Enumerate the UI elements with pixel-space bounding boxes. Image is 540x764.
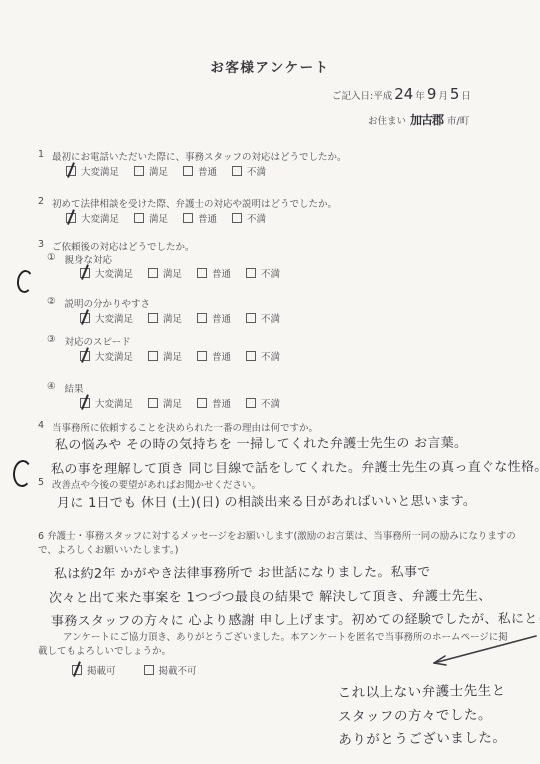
question-4-answer-line-1: 私の悩みや その時の気持ちを 一掃してくれた弁護士先生の お言葉。	[55, 432, 467, 453]
option-label: 不満	[247, 211, 266, 225]
option-q3c-dissatisfied: 不満	[246, 349, 280, 363]
item-3-label: 対応のスピード	[65, 334, 131, 348]
item-2-label: 説明の分かりやすさ	[65, 296, 151, 310]
option-q3d-dissatisfied: 不満	[246, 396, 280, 410]
option-label: 普通	[198, 164, 217, 178]
check-mark-icon	[81, 264, 88, 279]
item-4-number: ④	[47, 381, 56, 395]
scanned-survey-page: お客様アンケート ご記入日:平成 24 年 9 月 5 日 お住まい 加古郡 市…	[0, 0, 540, 764]
scan-artifact-crescent-icon	[16, 269, 34, 294]
check-mark-icon	[73, 661, 80, 676]
question-4: 4 当事務所に依頼することを決められた一番の理由は何ですか。	[38, 420, 318, 434]
question-6: 6 弁護士・事務スタッフに対するメッセージをお願いします(激励のお言葉は、当事務…	[38, 530, 522, 557]
date-year-handwritten: 24	[394, 85, 413, 103]
closing-note: アンケートにご協力頂き、ありがとうございました。本アンケートを匿名で当事務所のホ…	[38, 631, 516, 658]
question-5-number: 5	[38, 477, 44, 491]
checkbox-empty-icon	[183, 166, 193, 176]
question-3-item-1: ① 親身な対応	[47, 252, 112, 266]
checkbox-empty-icon	[197, 351, 207, 361]
question-4-text: 当事務所に依頼することを決められた一番の理由は何ですか。	[52, 420, 318, 434]
item-4-label: 結果	[65, 381, 84, 395]
note-line-1: これ以上ない弁護士先生と	[338, 680, 506, 706]
checkbox-empty-icon	[246, 268, 256, 278]
date-month-unit: 月	[438, 88, 448, 102]
checkbox-checked-icon	[72, 665, 82, 675]
question-3-text: ご依頼後の対応はどうでしたか。	[52, 239, 195, 253]
checkbox-empty-icon	[232, 166, 242, 176]
option-label: 満足	[163, 396, 182, 410]
option-label: 不満	[261, 349, 280, 363]
checkbox-empty-icon	[183, 213, 193, 223]
question-3-item-3-options: 大変満足 満足 普通 不満	[80, 349, 280, 363]
option-q3d-satisfied: 満足	[148, 396, 182, 410]
option-q1-normal: 普通	[183, 164, 217, 178]
question-1: 1 最初にお電話いただいた際に、事務スタッフの対応はどうでしたか。	[38, 149, 347, 163]
option-q1-dissatisfied: 不満	[232, 164, 266, 178]
question-1-options: 大変満足 満足 普通 不満	[66, 164, 266, 178]
option-label: 大変満足	[95, 349, 133, 363]
date-month-handwritten: 9	[427, 85, 437, 103]
option-label: 普通	[212, 396, 231, 410]
question-4-number: 4	[38, 420, 44, 434]
checkbox-checked-icon	[80, 313, 90, 323]
question-5-answer-line-1: 月に 1日でも 休日 (土)(日) の相談出来る日があればいいと思います。	[57, 490, 476, 511]
checkbox-empty-icon	[148, 398, 158, 408]
option-q3c-normal: 普通	[197, 349, 231, 363]
option-publish-ok: 掲載可	[72, 663, 116, 677]
publish-options: 掲載可 掲載不可	[72, 663, 197, 677]
option-label: 満足	[163, 349, 182, 363]
date-prefix-label: ご記入日:平成	[332, 88, 392, 102]
question-2-number: 2	[38, 196, 44, 210]
option-label: 大変満足	[95, 311, 133, 325]
checkbox-empty-icon	[246, 351, 256, 361]
option-q3c-satisfied: 満足	[148, 349, 182, 363]
checkbox-empty-icon	[148, 351, 158, 361]
checkbox-empty-icon	[134, 166, 144, 176]
checkbox-empty-icon	[232, 213, 242, 223]
option-label: 掲載可	[87, 663, 116, 677]
option-q3b-satisfied: 満足	[148, 311, 182, 325]
note-line-3: ありがとうございました。	[338, 727, 506, 753]
checkbox-empty-icon	[197, 268, 207, 278]
option-label: 満足	[149, 211, 168, 225]
option-q3b-normal: 普通	[197, 311, 231, 325]
question-6-answer-line-1: 私は約2年 かがやき法律事務所で お世話になりました。私事で	[54, 561, 431, 582]
date-day-handwritten: 5	[450, 85, 460, 103]
option-label: 満足	[163, 311, 182, 325]
option-label: 普通	[212, 311, 231, 325]
option-q2-satisfied: 満足	[134, 211, 168, 225]
option-label: 不満	[247, 164, 266, 178]
item-3-number: ③	[47, 334, 56, 348]
checkbox-checked-icon	[80, 351, 90, 361]
option-q3c-very-satisfied: 大変満足	[80, 349, 133, 363]
option-q3a-very-satisfied: 大変満足	[80, 266, 133, 280]
option-label: 満足	[163, 266, 182, 280]
question-1-number: 1	[38, 149, 44, 163]
question-3-item-3: ③ 対応のスピード	[47, 334, 131, 348]
question-3-number: 3	[38, 239, 44, 253]
page-title: お客様アンケート	[0, 56, 540, 76]
date-day-unit: 日	[461, 88, 471, 102]
option-label: 満足	[149, 164, 168, 178]
date-year-unit: 年	[415, 88, 425, 102]
check-mark-icon	[81, 394, 88, 409]
checkbox-empty-icon	[246, 398, 256, 408]
question-6-answer-line-3: 事務スタッフの方々に 心より感謝 申し上げます。初めての経験でしたが、私にとって	[51, 608, 540, 630]
option-label: 普通	[212, 266, 231, 280]
option-q3b-very-satisfied: 大変満足	[80, 311, 133, 325]
note-line-2: スタッフの方々でした。	[338, 703, 506, 729]
question-3-item-2-options: 大変満足 満足 普通 不満	[80, 311, 280, 325]
question-3-item-4: ④ 結果	[47, 381, 84, 395]
option-publish-not-ok: 掲載不可	[144, 663, 197, 677]
check-mark-icon	[81, 309, 88, 324]
option-label: 大変満足	[95, 396, 133, 410]
question-5-text: 改善点や今後の要望があればお聞かせください。	[52, 477, 261, 491]
question-2-options: 大変満足 満足 普通 不満	[66, 211, 266, 225]
checkbox-checked-icon	[66, 166, 76, 176]
check-mark-icon	[67, 209, 74, 224]
option-q3a-dissatisfied: 不満	[246, 266, 280, 280]
option-q2-very-satisfied: 大変満足	[66, 211, 119, 225]
scan-artifact-crescent-icon	[12, 459, 33, 487]
option-q2-normal: 普通	[183, 211, 217, 225]
option-q3a-satisfied: 満足	[148, 266, 182, 280]
residence-label: お住まい	[368, 113, 406, 127]
option-q3a-normal: 普通	[197, 266, 231, 280]
checkbox-checked-icon	[80, 268, 90, 278]
option-label: 不満	[261, 266, 280, 280]
option-label: 普通	[212, 349, 231, 363]
checkbox-empty-icon	[246, 313, 256, 323]
option-label: 不満	[261, 311, 280, 325]
checkbox-empty-icon	[134, 213, 144, 223]
check-mark-icon	[67, 162, 74, 177]
question-6-text: 弁護士・事務スタッフに対するメッセージをお願いします(激励のお言葉は、当事務所一…	[38, 531, 516, 556]
question-2: 2 初めて法律相談を受けた際、弁護士の対応や説明はどうでしたか。	[38, 196, 337, 210]
question-1-text: 最初にお電話いただいた際に、事務スタッフの対応はどうでしたか。	[52, 149, 347, 163]
question-5: 5 改善点や今後の要望があればお聞かせください。	[38, 477, 261, 491]
option-label: 大変満足	[81, 211, 119, 225]
option-label: 不満	[261, 396, 280, 410]
check-mark-icon	[81, 347, 88, 362]
question-2-text: 初めて法律相談を受けた際、弁護士の対応や説明はどうでしたか。	[52, 196, 337, 210]
option-label: 大変満足	[95, 266, 133, 280]
item-1-number: ①	[47, 252, 56, 266]
question-3-item-2: ② 説明の分かりやすさ	[47, 296, 150, 310]
option-label: 普通	[198, 211, 217, 225]
option-q3b-dissatisfied: 不満	[246, 311, 280, 325]
item-2-number: ②	[47, 296, 56, 310]
checkbox-empty-icon	[144, 665, 154, 675]
residence-unit: 市/町	[447, 113, 469, 127]
question-6-number: 6	[38, 531, 44, 542]
checkbox-empty-icon	[148, 268, 158, 278]
checkbox-checked-icon	[80, 398, 90, 408]
option-label: 掲載不可	[159, 663, 197, 677]
question-3: 3 ご依頼後の対応はどうでしたか。	[38, 239, 195, 253]
residence-line: お住まい 加古郡 市/町	[368, 111, 469, 128]
option-q2-dissatisfied: 不満	[232, 211, 266, 225]
option-q3d-normal: 普通	[197, 396, 231, 410]
date-line: ご記入日:平成 24 年 9 月 5 日	[332, 85, 471, 103]
question-3-item-1-options: 大変満足 満足 普通 不満	[80, 266, 280, 280]
option-q1-very-satisfied: 大変満足	[66, 164, 119, 178]
residence-value-handwritten: 加古郡	[410, 111, 443, 128]
question-3-item-4-options: 大変満足 満足 普通 不満	[80, 396, 280, 410]
handwritten-thank-you-note: これ以上ない弁護士先生と スタッフの方々でした。 ありがとうございました。	[338, 680, 507, 753]
option-label: 大変満足	[81, 164, 119, 178]
option-q1-satisfied: 満足	[134, 164, 168, 178]
checkbox-empty-icon	[148, 313, 158, 323]
question-6-answer-line-2: 次々と出て来た事案を 1つづつ最良の結果で 解決して頂き、弁護士先生、	[49, 585, 492, 606]
option-q3d-very-satisfied: 大変満足	[80, 396, 133, 410]
question-4-answer-line-2: 私の事を理解して頂き 同じ目線で話をしてくれた。弁護士先生の真っ直ぐな性格。	[51, 456, 540, 478]
checkbox-checked-icon	[66, 213, 76, 223]
checkbox-empty-icon	[197, 313, 207, 323]
checkbox-empty-icon	[197, 398, 207, 408]
